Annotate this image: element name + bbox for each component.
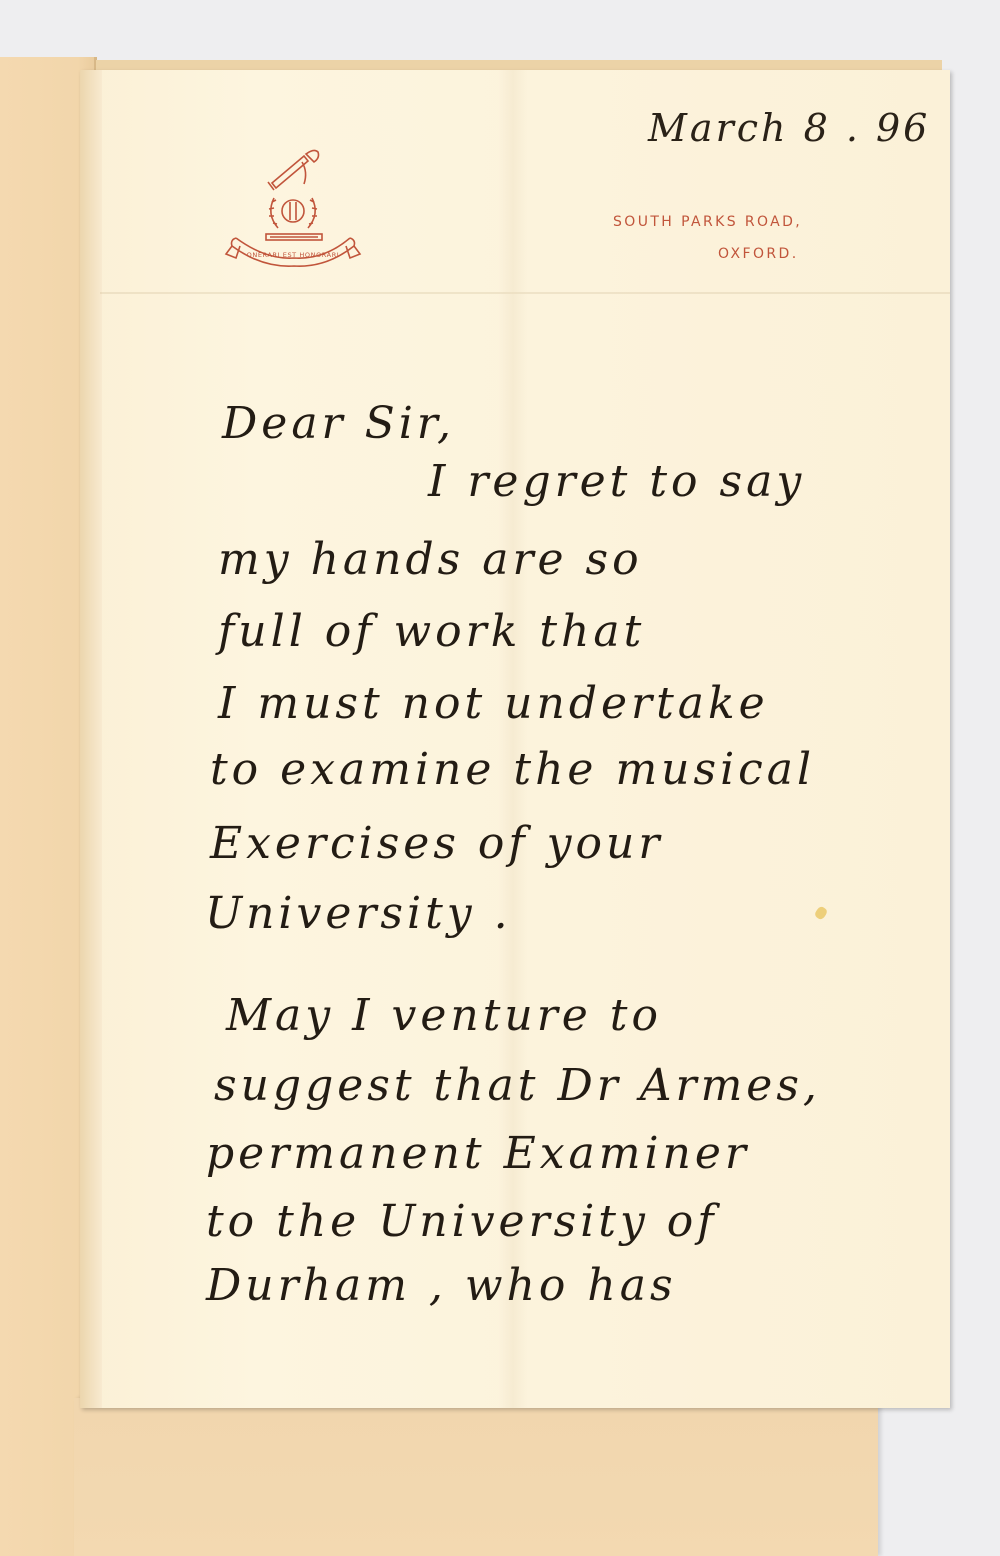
letter-line-12: Durham , who has — [206, 1260, 677, 1311]
letter-line-9: suggest that Dr Armes, — [214, 1060, 821, 1111]
crest-motto: ONERARI EST HONORARI — [247, 251, 340, 259]
letter-line-2: my hands are so — [218, 534, 643, 585]
letter-line-4: I must not undertake — [218, 678, 769, 729]
letter-line-10: permanent Examiner — [206, 1128, 750, 1179]
backing-page-bottom — [74, 1398, 878, 1556]
crest-icon: ONERARI EST HONORARI — [222, 138, 364, 270]
address-street: SOUTH PARKS ROAD, — [613, 214, 802, 230]
letter-line-3: full of work that — [218, 606, 645, 657]
letter-line-8: May I venture to — [226, 990, 662, 1041]
letter-date: March 8 . 96 — [648, 106, 930, 150]
letter-line-7: University . — [205, 888, 512, 939]
salutation: Dear Sir, — [222, 398, 455, 449]
letter-line-11: to the University of — [206, 1196, 718, 1247]
address-city: OXFORD. — [718, 246, 799, 262]
letter-line-5: to examine the musical — [210, 744, 815, 795]
letter-line-6: Exercises of your — [210, 818, 663, 869]
letter-line-1: I regret to say — [428, 456, 805, 507]
